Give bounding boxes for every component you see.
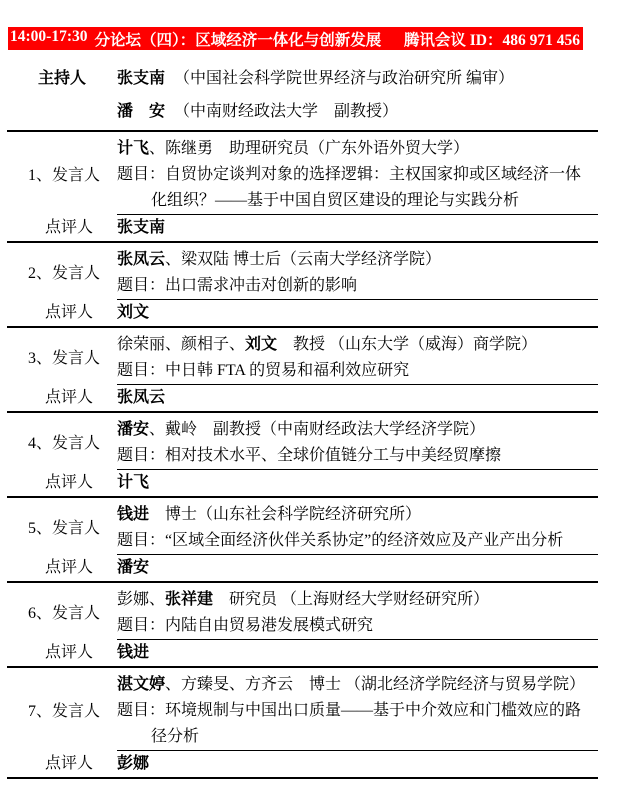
- session-item-3: 3、发言人 徐荣丽、颜相子、刘文 教授 （山东大学（威海）商学院） 题目：中日韩…: [7, 328, 598, 413]
- reviewer-role-label: 点评人: [7, 300, 117, 326]
- speaker-block: 计飞、陈继勇 助理研究员（广东外语外贸大学） 题目：自贸协定谈判对象的选择逻辑：…: [117, 132, 598, 215]
- host-name: 张支南: [117, 62, 174, 95]
- paper-title: 题目：环境规制与中国出口质量——基于中介效应和门槛效应的路径分析: [117, 698, 594, 750]
- speaker-block: 彭娜、张祥建 研究员 （上海财经大学财经研究所） 题目：内陆自由贸易港发展模式研…: [117, 583, 598, 640]
- reviewer-role-label: 点评人: [7, 385, 117, 411]
- speaker-names: 张凤云、梁双陆 博士后（云南大学经济学院）: [117, 247, 594, 273]
- speaker-bold-name: 潘安: [117, 421, 149, 438]
- session-item-2: 2、发言人 张凤云、梁双陆 博士后（云南大学经济学院） 题目：出口需求冲击对创新…: [7, 243, 598, 328]
- speaker-bold-name: 湛文婷: [117, 676, 165, 693]
- speaker-names: 徐荣丽、颜相子、刘文 教授 （山东大学（威海）商学院）: [117, 332, 594, 358]
- speaker-post: 、陈继勇 助理研究员（广东外语外贸大学）: [149, 140, 469, 157]
- host-role-label-spacer: [7, 95, 117, 128]
- speaker-post: 、梁双陆 博士后（云南大学经济学院）: [165, 251, 441, 268]
- speaker-names: 湛文婷、方臻旻、方齐云 博士 （湖北经济学院经济与贸易学院）: [117, 672, 594, 698]
- speaker-bold-name: 张祥建: [165, 591, 213, 608]
- host-line: 主持人 张支南 （中国社会科学院世界经济与政治研究所 编审）: [7, 62, 598, 95]
- speaker-post: 、方臻旻、方齐云 博士 （湖北经济学院经济与贸易学院）: [165, 676, 585, 693]
- speaker-block: 湛文婷、方臻旻、方齐云 博士 （湖北经济学院经济与贸易学院） 题目：环境规制与中…: [117, 668, 598, 751]
- host-affiliation: （中国社会科学院世界经济与政治研究所 编审）: [174, 62, 514, 95]
- speaker-post: 博士（山东社会科学院经济研究所）: [149, 506, 421, 523]
- speaker-names: 钱进 博士（山东社会科学院经济研究所）: [117, 502, 594, 528]
- reviewer-role-label: 点评人: [7, 470, 117, 496]
- host-affiliation: （中南财经政法大学 副教授）: [174, 95, 398, 128]
- speaker-role-label: 1、发言人: [7, 162, 117, 185]
- paper-title: 题目：中日韩 FTA 的贸易和福利效应研究: [117, 358, 594, 384]
- speaker-names: 计飞、陈继勇 助理研究员（广东外语外贸大学）: [117, 136, 594, 162]
- session-item-5: 5、发言人 钱进 博士（山东社会科学院经济研究所） 题目：“区域全面经济伙伴关系…: [7, 498, 598, 583]
- speaker-role-label: 3、发言人: [7, 345, 117, 368]
- paper-title: 题目：出口需求冲击对创新的影响: [117, 273, 594, 299]
- speaker-role-label: 5、发言人: [7, 515, 117, 538]
- session-item-4: 4、发言人 潘安、戴岭 副教授（中南财经政法大学经济学院） 题目：相对技术水平、…: [7, 413, 598, 498]
- speaker-post: 教授 （山东大学（威海）商学院）: [277, 336, 537, 353]
- reviewer-role-label: 点评人: [7, 751, 117, 777]
- speaker-post: 、戴岭 副教授（中南财经政法大学经济学院）: [149, 421, 485, 438]
- reviewer-name: 刘文: [117, 300, 598, 326]
- speaker-role-label: 2、发言人: [7, 260, 117, 283]
- speaker-role-label: 7、发言人: [7, 698, 117, 721]
- session-title-left: 14:00-17:30 分论坛（四）：区域经济一体化与创新发展: [10, 28, 381, 50]
- agenda-page: 14:00-17:30 分论坛（四）：区域经济一体化与创新发展 腾讯会议 ID：…: [0, 0, 622, 786]
- speaker-pre: 彭娜、: [117, 591, 165, 608]
- session-title-bar: 14:00-17:30 分论坛（四）：区域经济一体化与创新发展 腾讯会议 ID：…: [8, 27, 583, 50]
- reviewer-name: 张凤云: [117, 385, 598, 411]
- speaker-role-label: 6、发言人: [7, 600, 117, 623]
- host-role-label: 主持人: [7, 62, 117, 95]
- reviewer-name: 潘安: [117, 555, 598, 581]
- speaker-bold-name: 刘文: [245, 336, 277, 353]
- reviewer-role-label: 点评人: [7, 555, 117, 581]
- session-time: 14:00-17:30: [10, 28, 88, 50]
- meeting-id: 腾讯会议 ID：486 971 456: [404, 28, 580, 50]
- speaker-bold-name: 计飞: [117, 140, 149, 157]
- speaker-bold-name: 张凤云: [117, 251, 165, 268]
- session-item-6: 6、发言人 彭娜、张祥建 研究员 （上海财经大学财经研究所） 题目：内陆自由贸易…: [7, 583, 598, 668]
- speaker-block: 钱进 博士（山东社会科学院经济研究所） 题目：“区域全面经济伙伴关系协定”的经济…: [117, 498, 598, 555]
- speaker-block: 潘安、戴岭 副教授（中南财经政法大学经济学院） 题目：相对技术水平、全球价值链分…: [117, 413, 598, 470]
- speaker-block: 张凤云、梁双陆 博士后（云南大学经济学院） 题目：出口需求冲击对创新的影响: [117, 243, 598, 300]
- reviewer-name: 张支南: [117, 215, 598, 241]
- speaker-names: 潘安、戴岭 副教授（中南财经政法大学经济学院）: [117, 417, 594, 443]
- speaker-block: 徐荣丽、颜相子、刘文 教授 （山东大学（威海）商学院） 题目：中日韩 FTA 的…: [117, 328, 598, 385]
- speaker-pre: 徐荣丽、颜相子、: [117, 336, 245, 353]
- reviewer-name: 钱进: [117, 640, 598, 666]
- agenda-table: 主持人 张支南 （中国社会科学院世界经济与政治研究所 编审） 潘 安 （中南财经…: [7, 50, 598, 779]
- host-name: 潘 安: [117, 95, 174, 128]
- reviewer-name: 彭娜: [117, 751, 598, 777]
- host-block: 主持人 张支南 （中国社会科学院世界经济与政治研究所 编审） 潘 安 （中南财经…: [7, 50, 598, 132]
- reviewer-name: 计飞: [117, 470, 598, 496]
- paper-title: 题目：“区域全面经济伙伴关系协定”的经济效应及产业产出分析: [117, 528, 594, 554]
- speaker-post: 研究员 （上海财经大学财经研究所）: [213, 591, 489, 608]
- speaker-role-label: 4、发言人: [7, 430, 117, 453]
- reviewer-role-label: 点评人: [7, 640, 117, 666]
- session-title: 分论坛（四）：区域经济一体化与创新发展: [95, 28, 382, 50]
- speaker-names: 彭娜、张祥建 研究员 （上海财经大学财经研究所）: [117, 587, 594, 613]
- paper-title: 题目：自贸协定谈判对象的选择逻辑：主权国家抑或区域经济一体化组织？——基于中国自…: [117, 162, 594, 214]
- reviewer-role-label: 点评人: [7, 215, 117, 241]
- session-item-1: 1、发言人 计飞、陈继勇 助理研究员（广东外语外贸大学） 题目：自贸协定谈判对象…: [7, 132, 598, 243]
- host-line: 潘 安 （中南财经政法大学 副教授）: [7, 95, 598, 128]
- paper-title: 题目：相对技术水平、全球价值链分工与中美经贸摩擦: [117, 443, 594, 469]
- session-item-7: 7、发言人 湛文婷、方臻旻、方齐云 博士 （湖北经济学院经济与贸易学院） 题目：…: [7, 668, 598, 779]
- speaker-bold-name: 钱进: [117, 506, 149, 523]
- paper-title: 题目：内陆自由贸易港发展模式研究: [117, 613, 594, 639]
